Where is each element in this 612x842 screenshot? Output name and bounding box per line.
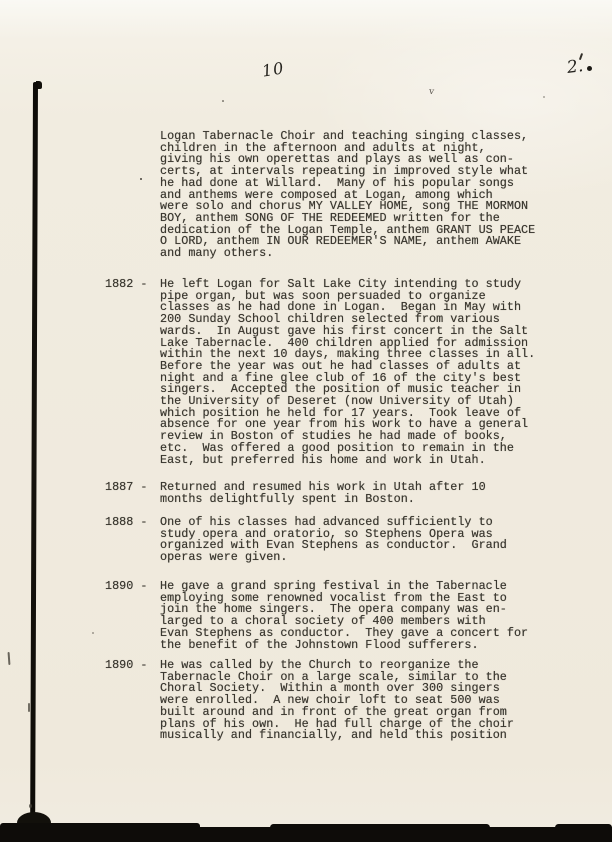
check-mark: v <box>428 87 434 97</box>
entry-text: Returned and resumed his work in Utah af… <box>160 482 486 505</box>
ink-speck <box>140 178 142 180</box>
timeline-entry-1890-choir: 1890 - He was called by the Church to re… <box>105 660 585 742</box>
ink-speck <box>28 703 30 712</box>
ink-speck <box>29 804 32 808</box>
entry-year: 1888 - <box>105 517 160 529</box>
ink-speck <box>543 96 545 98</box>
entry-text: He was called by the Church to reorganiz… <box>160 660 514 742</box>
entry-year: 1887 - <box>105 482 160 494</box>
timeline-entry-1882: 1882 - He left Logan for Salt Lake City … <box>105 279 585 466</box>
ink-speck <box>222 100 224 102</box>
timeline-entry-continuation: Logan Tabernacle Choir and teaching sing… <box>105 131 585 260</box>
timeline-entry-1887: 1887 - Returned and resumed his work in … <box>105 482 585 505</box>
ink-speck <box>92 632 94 634</box>
entry-year: 1882 - <box>105 279 160 291</box>
scanned-document-page: 10 2. v Logan Tabernacle Choir and teach… <box>0 0 612 842</box>
entry-year: 1890 - <box>105 660 160 672</box>
handwritten-corner-number: 2. <box>566 56 585 78</box>
ink-speck <box>8 652 11 665</box>
entry-text: One of his classes had advanced sufficie… <box>160 517 507 564</box>
scan-edge-line <box>30 82 37 830</box>
pen-dot-mark <box>587 66 592 71</box>
timeline-entry-1890-festival: 1890 - He gave a grand spring festival i… <box>105 581 585 651</box>
timeline-entry-1888: 1888 - One of his classes had advanced s… <box>105 517 585 564</box>
handwritten-page-number: 10 <box>261 58 286 80</box>
entry-text: He gave a grand spring festival in the T… <box>160 581 528 651</box>
entry-text: Logan Tabernacle Choir and teaching sing… <box>160 131 535 260</box>
scan-bottom-band <box>0 827 612 842</box>
entry-text: He left Logan for Salt Lake City intendi… <box>160 279 535 466</box>
entry-year: 1890 - <box>105 581 160 593</box>
